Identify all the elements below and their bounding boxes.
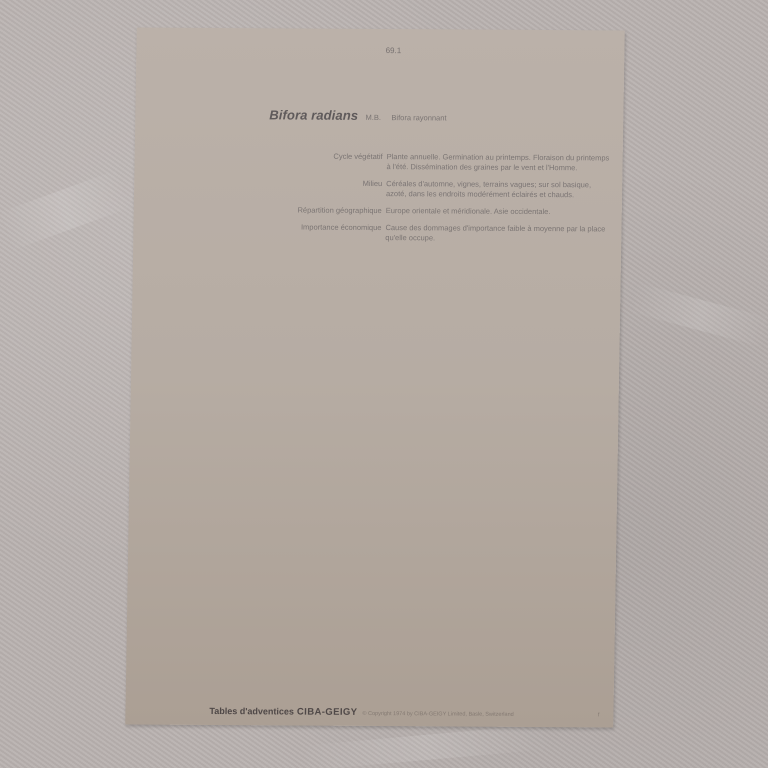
info-row-distribution: Répartition géographique Europe oriental… — [274, 205, 609, 217]
footer-copyright: © Copyright 1974 by CIBA-GEIGY Limited, … — [362, 711, 513, 718]
info-label: Importance économique — [273, 222, 385, 243]
info-row-cycle: Cycle végétatif Plante annuelle. Germina… — [274, 151, 609, 173]
info-value: Cause des dommages d'importance faible à… — [385, 223, 608, 244]
species-name: Bifora radians — [269, 107, 358, 123]
info-value: Europe orientale et méridionale. Asie oc… — [386, 206, 609, 217]
info-label: Cycle végétatif — [274, 151, 386, 172]
document-sheet: 69.1 Bifora radians M.B. Bifora rayonnan… — [125, 28, 625, 728]
info-label: Répartition géographique — [274, 205, 386, 216]
species-header: Bifora radians M.B. Bifora rayonnant — [269, 106, 446, 125]
info-row-habitat: Milieu Céréales d'automne, vignes, terra… — [274, 178, 609, 200]
species-author: M.B. — [366, 113, 382, 122]
footer-mark: f — [598, 712, 602, 718]
info-row-economic: Importance économique Cause des dommages… — [273, 222, 608, 244]
cloth-fold — [299, 724, 550, 768]
cloth-fold — [0, 169, 133, 251]
species-info-table: Cycle végétatif Plante annuelle. Germina… — [273, 151, 610, 251]
footer-brand: CIBA-GEIGY — [297, 707, 358, 718]
species-common-name: Bifora rayonnant — [391, 113, 446, 122]
info-value: Céréales d'automne, vignes, terrains vag… — [386, 179, 609, 200]
cloth-fold — [629, 282, 768, 347]
info-value: Plante annuelle. Germination au printemp… — [386, 152, 609, 173]
footer: Tables d'adventices CIBA-GEIGY © Copyrig… — [209, 706, 601, 719]
info-label: Milieu — [274, 178, 386, 199]
footer-title: Tables d'adventices — [209, 706, 294, 717]
page-number: 69.1 — [136, 45, 624, 57]
